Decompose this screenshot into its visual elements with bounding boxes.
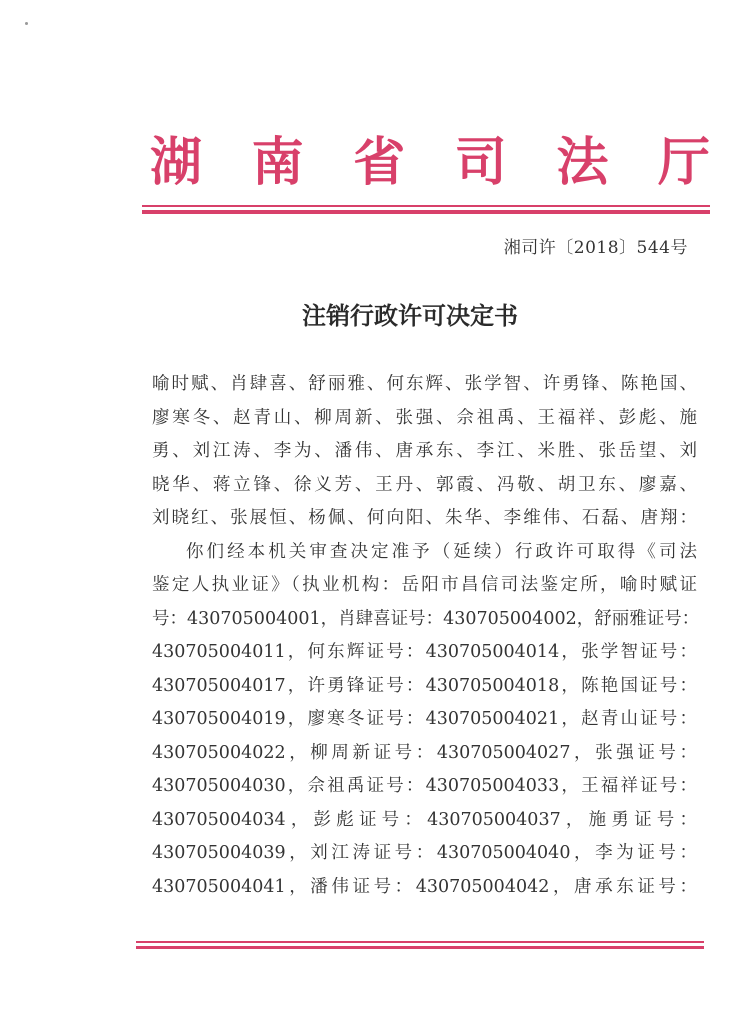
addressee-line: 晓华、蒋立锋、徐义芳、王丹、郭霞、冯敬、胡卫东、廖嘉、 bbox=[152, 469, 697, 503]
body-line: 430705004011，何东辉证号：430705004014，张学智证号： bbox=[152, 636, 697, 670]
body-line: 430705004022，柳周新证号：430705004027，张强证号： bbox=[152, 737, 697, 771]
letterhead-char: 省 bbox=[353, 128, 405, 198]
letterhead-org-name: 湖 南 省 司 法 厅 bbox=[150, 128, 710, 198]
addressee-line: 勇、刘江涛、李为、潘伟、唐承东、李江、米胜、张岳望、刘 bbox=[152, 435, 697, 469]
body-line: 430705004030，佘祖禹证号：430705004033，王福祥证号： bbox=[152, 770, 697, 804]
document-title: 注销行政许可决定书 bbox=[0, 296, 750, 331]
letterhead-rule-thin bbox=[142, 205, 710, 207]
addressee-line: 喻时赋、肖肆喜、舒丽雅、何东辉、张学智、许勇锋、陈艳国、 bbox=[152, 368, 697, 402]
document-page: 湖 南 省 司 法 厅 湘司许〔2018〕544号 注销行政许可决定书 喻时赋、… bbox=[0, 0, 750, 1031]
scan-speck bbox=[25, 22, 28, 25]
addressee-line: 刘晓红、张展恒、杨佩、何向阳、朱华、李维伟、石磊、唐翔： bbox=[152, 502, 697, 536]
footer-rule-thick bbox=[136, 946, 704, 949]
letterhead-char: 厅 bbox=[658, 128, 710, 198]
document-body: 喻时赋、肖肆喜、舒丽雅、何东辉、张学智、许勇锋、陈艳国、 廖寒冬、赵青山、柳周新… bbox=[152, 368, 697, 904]
body-line: 430705004034，彭彪证号：430705004037，施勇证号： bbox=[152, 804, 697, 838]
letterhead-char: 法 bbox=[556, 128, 608, 198]
body-line: 你们经本机关审查决定准予（延续）行政许可取得《司法 bbox=[152, 536, 697, 570]
body-line: 鉴定人执业证》（执业机构：岳阳市昌信司法鉴定所，喻时赋证 bbox=[152, 569, 697, 603]
body-line: 430705004039，刘江涛证号：430705004040，李为证号： bbox=[152, 837, 697, 871]
body-line: 号：430705004001，肖肆喜证号：430705004002，舒丽雅证号： bbox=[152, 603, 697, 637]
footer-rule-thin bbox=[136, 941, 704, 943]
letterhead-rule-thick bbox=[142, 210, 710, 214]
letterhead-char: 南 bbox=[252, 128, 304, 198]
body-line: 430705004019，廖寒冬证号：430705004021，赵青山证号： bbox=[152, 703, 697, 737]
document-number: 湘司许〔2018〕544号 bbox=[504, 233, 688, 258]
letterhead-char: 司 bbox=[455, 128, 507, 198]
body-line: 430705004041，潘伟证号：430705004042，唐承东证号： bbox=[152, 871, 697, 905]
body-line: 430705004017，许勇锋证号：430705004018，陈艳国证号： bbox=[152, 670, 697, 704]
letterhead-char: 湖 bbox=[150, 128, 202, 198]
addressee-line: 廖寒冬、赵青山、柳周新、张强、佘祖禹、王福祥、彭彪、施 bbox=[152, 402, 697, 436]
